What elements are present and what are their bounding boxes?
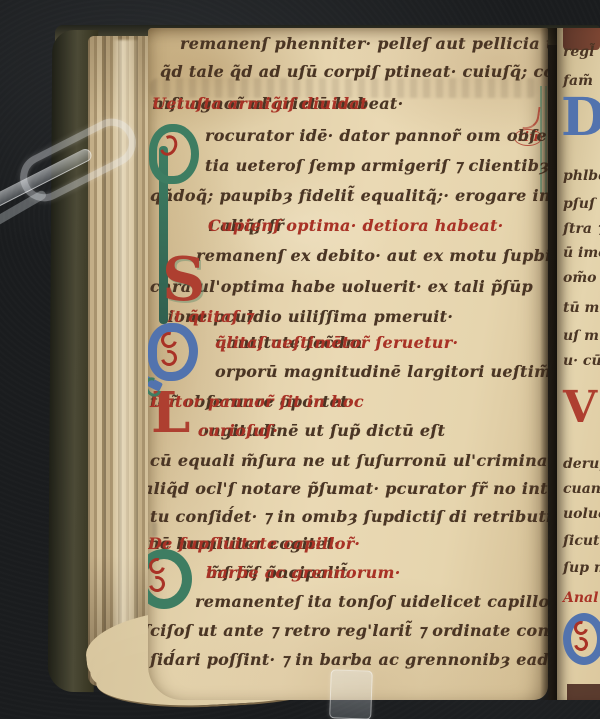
decorated-initial-L: L — [151, 385, 190, 441]
filigree-swirl-icon — [571, 618, 590, 637]
right-page-initials: DV — [557, 28, 600, 700]
initial-letter: L — [151, 380, 190, 446]
filigree-swirl-icon — [158, 329, 180, 351]
decorated-initial-Q — [148, 323, 198, 381]
decorated-initial-O — [563, 613, 600, 665]
left-page: tiū remanenſ phenniter· pelleſ aut pelli… — [148, 28, 548, 700]
decorated-initial-O — [148, 549, 192, 609]
filigree-swirl-icon — [148, 555, 168, 577]
page-holder-strip-bottom — [329, 669, 373, 719]
decorated-initial-S: S — [162, 250, 205, 310]
decorated-initial-P — [148, 124, 200, 330]
decorated-initial-V: V — [563, 386, 597, 430]
filigree-swirl-icon — [148, 375, 164, 400]
left-page-initials: SL — [148, 28, 548, 700]
decorated-initial-D: D — [561, 92, 600, 144]
initial-letter: S — [162, 245, 205, 315]
filigree-swirl-icon — [571, 634, 590, 653]
filigree-swirl-icon — [157, 133, 181, 159]
filigree-swirl-icon — [148, 573, 168, 595]
filigree-swirl-icon — [158, 347, 180, 369]
facing-page-sliver: regl̃fam̃phlbepſuſſtra ⁊ū imoom̃otū muſ … — [557, 28, 600, 700]
manuscript-photo: tiū remanenſ phenniter· pelleſ aut pelli… — [0, 0, 600, 719]
initial-letter: D — [561, 87, 600, 148]
initial-letter: V — [563, 382, 597, 433]
